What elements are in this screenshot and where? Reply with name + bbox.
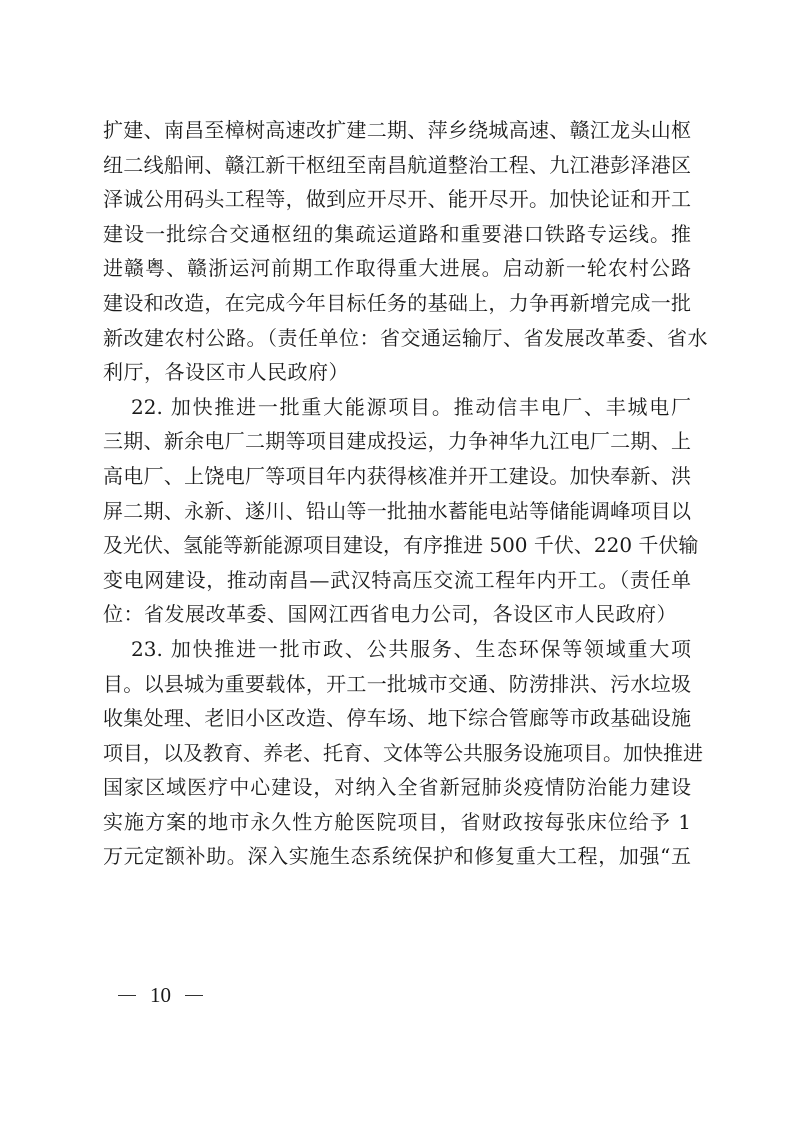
text-line: 新改建农村公路。（责任单位：省交通运输厅、省发展改革委、省水: [103, 321, 691, 356]
item-heading: 加快推进一批重大能源项目。: [171, 395, 454, 419]
text-line: 屏二期、永新、遂川、铅山等一批抽水蓄能电站等储能调峰项目以: [103, 494, 691, 529]
text-line: 万元定额补助。深入实施生态系统保护和修复重大工程，加强“五: [103, 839, 691, 874]
text-line: 泽诚公用码头工程等，做到应开尽开、能开尽开。加快论证和开工: [103, 182, 691, 217]
text-line: 纽二线船闸、赣江新干枢纽至南昌航道整治工程、九江港彭泽港区: [103, 148, 691, 183]
text-line: 三期、新余电厂二期等项目建成投运，力争神华九江电厂二期、上: [103, 424, 691, 459]
text-line: 及光伏、氢能等新能源项目建设，有序推进 500 千伏、220 千伏输: [103, 528, 691, 563]
text-line: 高电厂、上饶电厂等项目年内获得核准并开工建设。加快奉新、洪: [103, 459, 691, 494]
dash-left: [118, 995, 136, 996]
item-text: 推动信丰电厂、丰城电厂: [454, 395, 691, 419]
text-line: 目。以县城为重要载体，开工一批城市交通、防涝排洪、污水垃圾: [103, 667, 691, 702]
paragraph-item-22: 22. 加快推进一批重大能源项目。推动信丰电厂、丰城电厂 三期、新余电厂二期等项…: [103, 390, 691, 632]
paragraph-item-23: 23. 加快推进一批市政、公共服务、生态环保等领域重大项 目。以县城为重要载体，…: [103, 632, 691, 874]
text-line: 实施方案的地市永久性方舱医院项目，省财政按每张床位给予 1: [103, 805, 691, 840]
text-line: 建设一批综合交通枢纽的集疏运道路和重要港口铁路专运线。推: [103, 217, 691, 252]
text-line: 进赣粤、赣浙运河前期工作取得重大进展。启动新一轮农村公路: [103, 251, 691, 286]
text-line: 收集处理、老旧小区改造、停车场、地下综合管廊等市政基础设施: [103, 701, 691, 736]
text-line: 国家区域医疗中心建设，对纳入全省新冠肺炎疫情防治能力建设: [103, 770, 691, 805]
text-line: 22. 加快推进一批重大能源项目。推动信丰电厂、丰城电厂: [103, 390, 691, 425]
item-heading: 加快推进一批市政、公共服务、生态环保等领域重大项: [171, 637, 691, 661]
text-line: 项目，以及教育、养老、托育、文体等公共服务设施项目。加快推进: [103, 736, 691, 771]
text-line: 位：省发展改革委、国网江西省电力公司，各设区市人民政府）: [103, 597, 691, 632]
text-line: 23. 加快推进一批市政、公共服务、生态环保等领域重大项: [103, 632, 691, 667]
item-number: 23.: [131, 637, 163, 661]
dash-right: [185, 995, 203, 996]
text-line: 变电网建设，推动南昌—武汉特高压交流工程年内开工。（责任单: [103, 563, 691, 598]
document-body: 扩建、南昌至樟树高速改扩建二期、萍乡绕城高速、赣江龙头山枢 纽二线船闸、赣江新干…: [103, 113, 691, 874]
text-line: 利厅，各设区市人民政府）: [103, 355, 691, 390]
paragraph-transport-continuation: 扩建、南昌至樟树高速改扩建二期、萍乡绕城高速、赣江龙头山枢 纽二线船闸、赣江新干…: [103, 113, 691, 390]
text-line: 扩建、南昌至樟树高速改扩建二期、萍乡绕城高速、赣江龙头山枢: [103, 113, 691, 148]
item-number: 22.: [131, 395, 163, 419]
text-line: 建设和改造，在完成今年目标任务的基础上，力争再新增完成一批: [103, 286, 691, 321]
page-number-value: 10: [150, 983, 171, 1008]
page-number: 10: [118, 983, 203, 1008]
